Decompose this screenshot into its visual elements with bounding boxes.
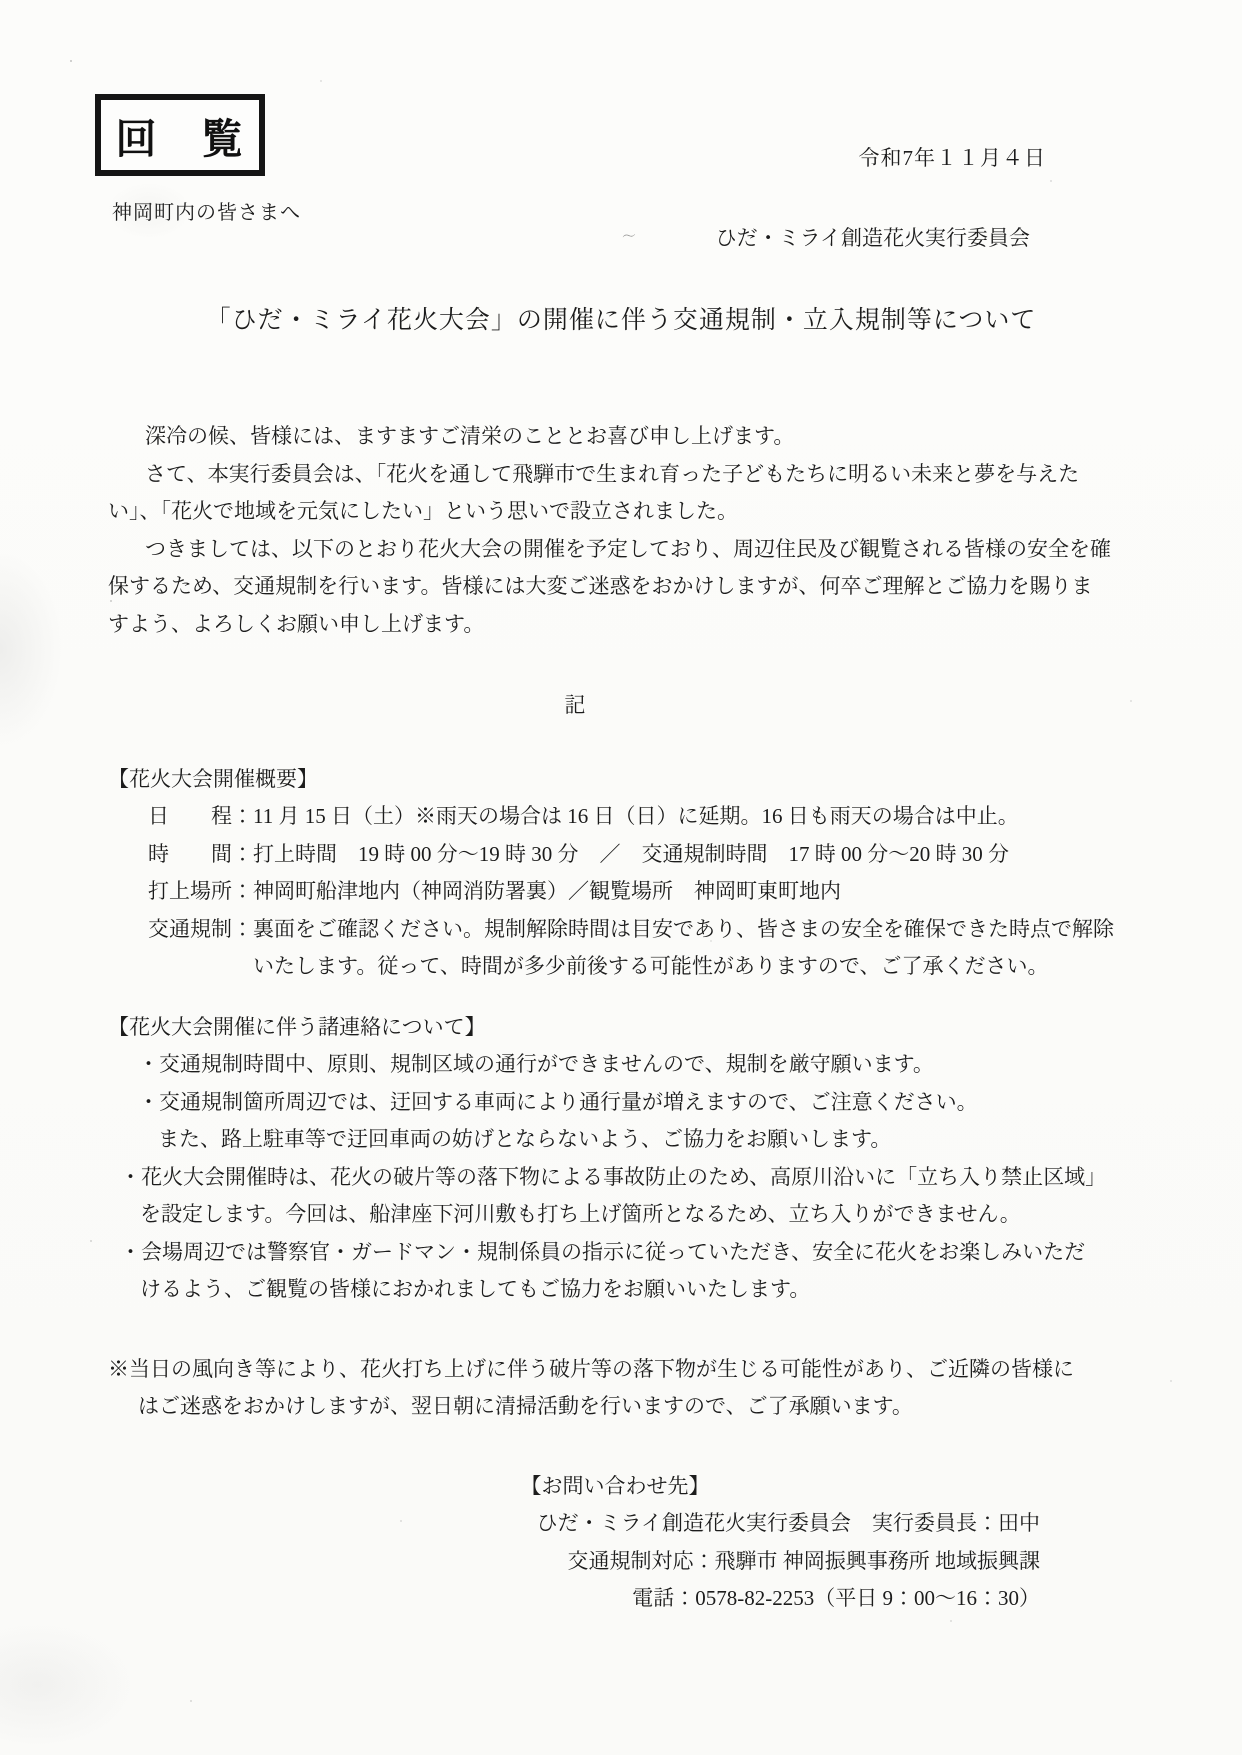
notice-line: ・交通規制箇所周辺では、迂回する車両により通行量が増えますので、ご注意ください。: [138, 1084, 1042, 1122]
greeting-line: 保するため、交通規制を行います。皆様には大変ご迷惑をおかけしますが、何卒ご理解と…: [108, 568, 1042, 606]
scan-noise: [70, 60, 72, 62]
notice-line-continued: けるよう、ご観覧の皆様におかれましてもご協力をお願いいたします。: [140, 1271, 1042, 1309]
overview-label: 時 間：: [148, 842, 253, 866]
notice-line: ・交通規制時間中、原則、規制区域の通行ができませんので、規制を厳守願います。: [138, 1046, 1042, 1084]
addressee-line: 神岡町内の皆さまへ: [112, 196, 301, 225]
sender-organization: ひだ・ミライ創造花火実行委員会: [716, 222, 1030, 252]
contact-line-phone: 電話：0578-82-2253（平日 9：00～16：30）: [108, 1580, 1042, 1618]
overview-label: 打上場所：: [148, 879, 253, 903]
document-title: 「ひだ・ミライ花火大会」の開催に伴う交通規制・立入規制等について: [0, 300, 1242, 336]
contact-line-office: 交通規制対応：飛騨市 神岡振興事務所 地域振興課: [108, 1543, 1042, 1581]
overview-row-location: 打上場所：神岡町船津地内（神岡消防署裏）／観覧場所 神岡町東町地内: [148, 873, 1042, 911]
overview-value: 神岡町船津地内（神岡消防署裏）／観覧場所 神岡町東町地内: [253, 879, 841, 903]
record-marker: 記: [108, 687, 1042, 725]
greeting-line: さて、本実行委員会は、「花火を通して飛騨市で生まれ育った子どもたちに明るい未来と…: [108, 456, 1042, 494]
notice-line-continued: また、路上駐車等で迂回車両の妨げとならないよう、ご協力をお願いします。: [158, 1121, 1042, 1159]
greeting-line: すよう、よろしくお願い申し上げます。: [108, 606, 1042, 644]
greeting-line: つきましては、以下のとおり花火大会の開催を予定しており、周辺住民及び観覧される皆…: [108, 531, 1042, 569]
overview-label: 交通規制：: [148, 917, 253, 941]
overview-row-time: 時 間：打上時間 19 時 00 分～19 時 30 分 ／ 交通規制時間 17…: [148, 836, 1042, 874]
notices-heading: 【花火大会開催に伴う諸連絡について】: [108, 1009, 1042, 1047]
notice-line: ・花火大会開催時は、花火の破片等の落下物による事故防止のため、高原川沿いに「立ち…: [120, 1159, 1042, 1197]
overview-value: 裏面をご確認ください。規制解除時間は目安であり、皆さまの安全を確保できた時点で解…: [253, 917, 1114, 941]
contact-line-committee: ひだ・ミライ創造花火実行委員会 実行委員長：田中: [108, 1505, 1042, 1543]
circulation-stamp-box: 回 覧: [95, 94, 265, 176]
overview-value: 打上時間 19 時 00 分～19 時 30 分 ／ 交通規制時間 17 時 0…: [253, 842, 1009, 866]
document-body: 深冷の候、皆様には、ますますご清栄のこととお喜び申し上げます。 さて、本実行委員…: [108, 418, 1042, 1618]
notice-line: ・会場周辺では警察官・ガードマン・規制係員の指示に従っていただき、安全に花火をお…: [120, 1234, 1042, 1272]
overview-value: 11 月 15 日（土）※雨天の場合は 16 日（日）に延期。16 日も雨天の場…: [253, 804, 1019, 828]
contact-heading: 【お問い合わせ先】: [108, 1468, 1042, 1506]
scanned-document-page: 〜 回 覧 令和7年１１月４日 神岡町内の皆さまへ ひだ・ミライ創造花火実行委員…: [0, 0, 1242, 1755]
greeting-line: 深冷の候、皆様には、ますますご清栄のこととお喜び申し上げます。: [108, 418, 1042, 456]
document-date: 令和7年１１月４日: [859, 142, 1047, 172]
overview-row-traffic-continued: いたします。従って、時間が多少前後する可能性がありますので、ご了承ください。: [253, 948, 1042, 986]
cleanup-note-line-continued: はご迷惑をおかけしますが、翌日朝に清掃活動を行いますので、ご了承願います。: [138, 1388, 1042, 1426]
overview-row-schedule: 日 程：11 月 15 日（土）※雨天の場合は 16 日（日）に延期。16 日も…: [148, 798, 1042, 836]
notice-line-continued: を設定します。今回は、船津座下河川敷も打ち上げ箇所となるため、立ち入りができませ…: [140, 1196, 1042, 1234]
scan-artifact: 〜: [621, 225, 638, 247]
overview-label: 日 程：: [148, 804, 253, 828]
overview-row-traffic: 交通規制：裏面をご確認ください。規制解除時間は目安であり、皆さまの安全を確保でき…: [148, 911, 1042, 949]
greeting-line: い」、「花火で地域を元気にしたい」という思いで設立されました。: [108, 493, 1042, 531]
circulation-stamp-label: 回 覧: [116, 106, 245, 165]
overview-heading: 【花火大会開催概要】: [108, 761, 1042, 799]
cleanup-note-line: ※当日の風向き等により、花火打ち上げに伴う破片等の落下物が生じる可能性があり、ご…: [108, 1351, 1042, 1389]
